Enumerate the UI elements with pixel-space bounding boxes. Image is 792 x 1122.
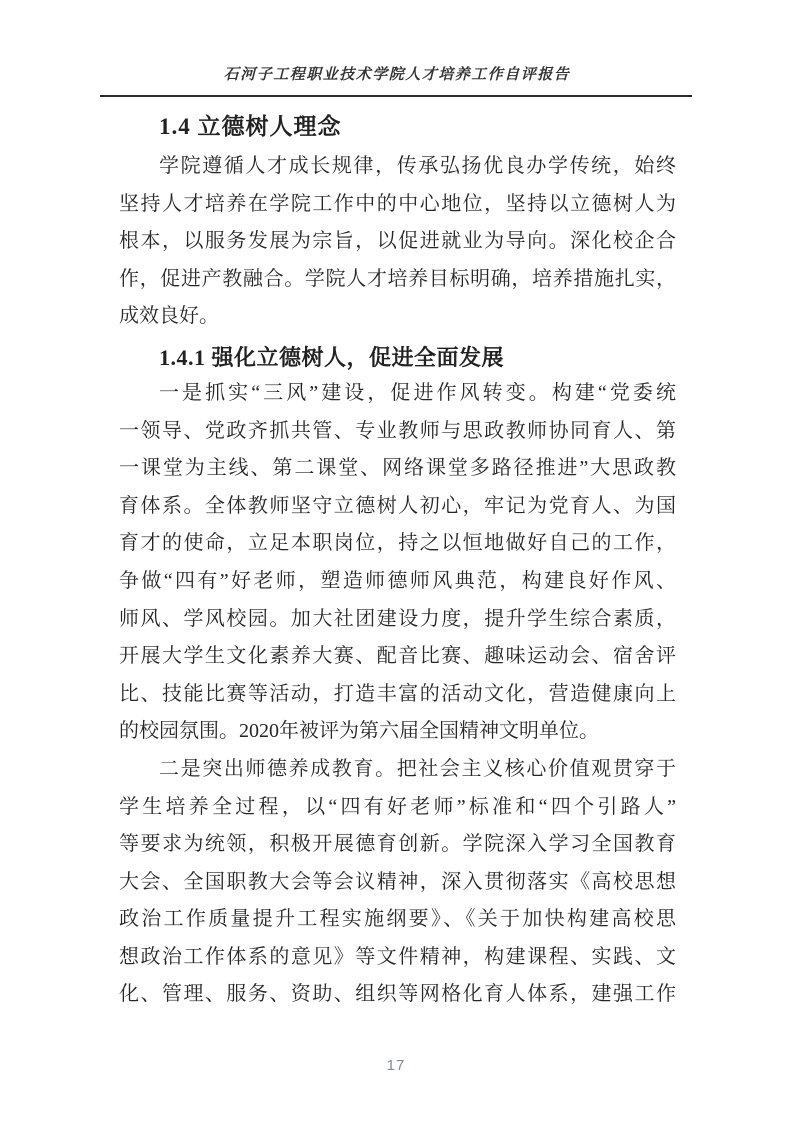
body-line: 比、技能比赛等活动，打造丰富的活动文化，营造健康向上 (119, 676, 676, 714)
body-line: 成效良好。 (119, 298, 676, 336)
paragraph-2: 一是抓实“三风”建设，促进作风转变。构建“党委统 一领导、党政齐抓共管、专业教师… (119, 375, 676, 751)
paragraph-3: 二是突出师德养成教育。把社会主义核心价值观贯穿于 学生培养全过程，以“四有好老师… (119, 751, 676, 1014)
body-line: 根本，以服务发展为宗旨，以促进就业为导向。深化校企合 (119, 223, 676, 261)
body-line: 大会、全国职教大会等会议精神，深入贯彻落实《高校思想 (119, 864, 676, 902)
page-body: 1.4 立德树人理念 学院遵循人才成长规律，传承弘扬优良办学传统，始终 坚持人才… (119, 97, 676, 1014)
body-line: 一课堂为主线、第二课堂、网络课堂多路径推进”大思政教 (119, 450, 676, 488)
subsection-heading-1-4-1: 1.4.1 强化立德树人，促进全面发展 (119, 341, 676, 374)
body-line: 二是突出师德养成教育。把社会主义核心价值观贯穿于 (119, 751, 676, 789)
report-page: 石河子工程职业技术学院人才培养工作自评报告 1.4 立德树人理念 学院遵循人才成… (0, 0, 792, 1122)
section-heading-1-4: 1.4 立德树人理念 (119, 111, 676, 143)
body-line: 学院遵循人才成长规律，传承弘扬优良办学传统，始终 (119, 148, 676, 186)
body-line: 等要求为统领，积极开展德育创新。学院深入学习全国教育 (119, 826, 676, 864)
body-line: 育体系。全体教师坚守立德树人初心，牢记为党育人、为国 (119, 488, 676, 526)
body-line: 育才的使命，立足本职岗位，持之以恒地做好自己的工作， (119, 525, 676, 563)
body-line: 作，促进产教融合。学院人才培养目标明确，培养措施扎实， (119, 261, 676, 299)
body-line: 争做“四有”好老师，塑造师德师风典范，构建良好作风、 (119, 563, 676, 601)
body-line: 政治工作质量提升工程实施纲要》、《关于加快构建高校思 (119, 901, 676, 939)
running-header-title: 石河子工程职业技术学院人才培养工作自评报告 (102, 63, 692, 93)
body-line: 想政治工作体系的意见》等文件精神，构建课程、实践、文 (119, 939, 676, 977)
body-line: 学生培养全过程，以“四有好老师”标准和“四个引路人” (119, 789, 676, 827)
page-number: 17 (0, 1057, 792, 1074)
body-line: 坚持人才培养在学院工作中的中心地位，坚持以立德树人为 (119, 186, 676, 224)
body-line: 一是抓实“三风”建设，促进作风转变。构建“党委统 (119, 375, 676, 413)
body-line: 化、管理、服务、资助、组织等网格化育人体系，建强工作 (119, 976, 676, 1014)
body-line: 一领导、党政齐抓共管、专业教师与思政教师协同育人、第 (119, 413, 676, 451)
body-line: 开展大学生文化素养大赛、配音比赛、趣味运动会、宿舍评 (119, 638, 676, 676)
paragraph-1: 学院遵循人才成长规律，传承弘扬优良办学传统，始终 坚持人才培养在学院工作中的中心… (119, 148, 676, 336)
body-line: 师风、学风校园。加大社团建设力度，提升学生综合素质， (119, 601, 676, 639)
body-line: 的校园氛围。2020年被评为第六届全国精神文明单位。 (119, 713, 676, 751)
